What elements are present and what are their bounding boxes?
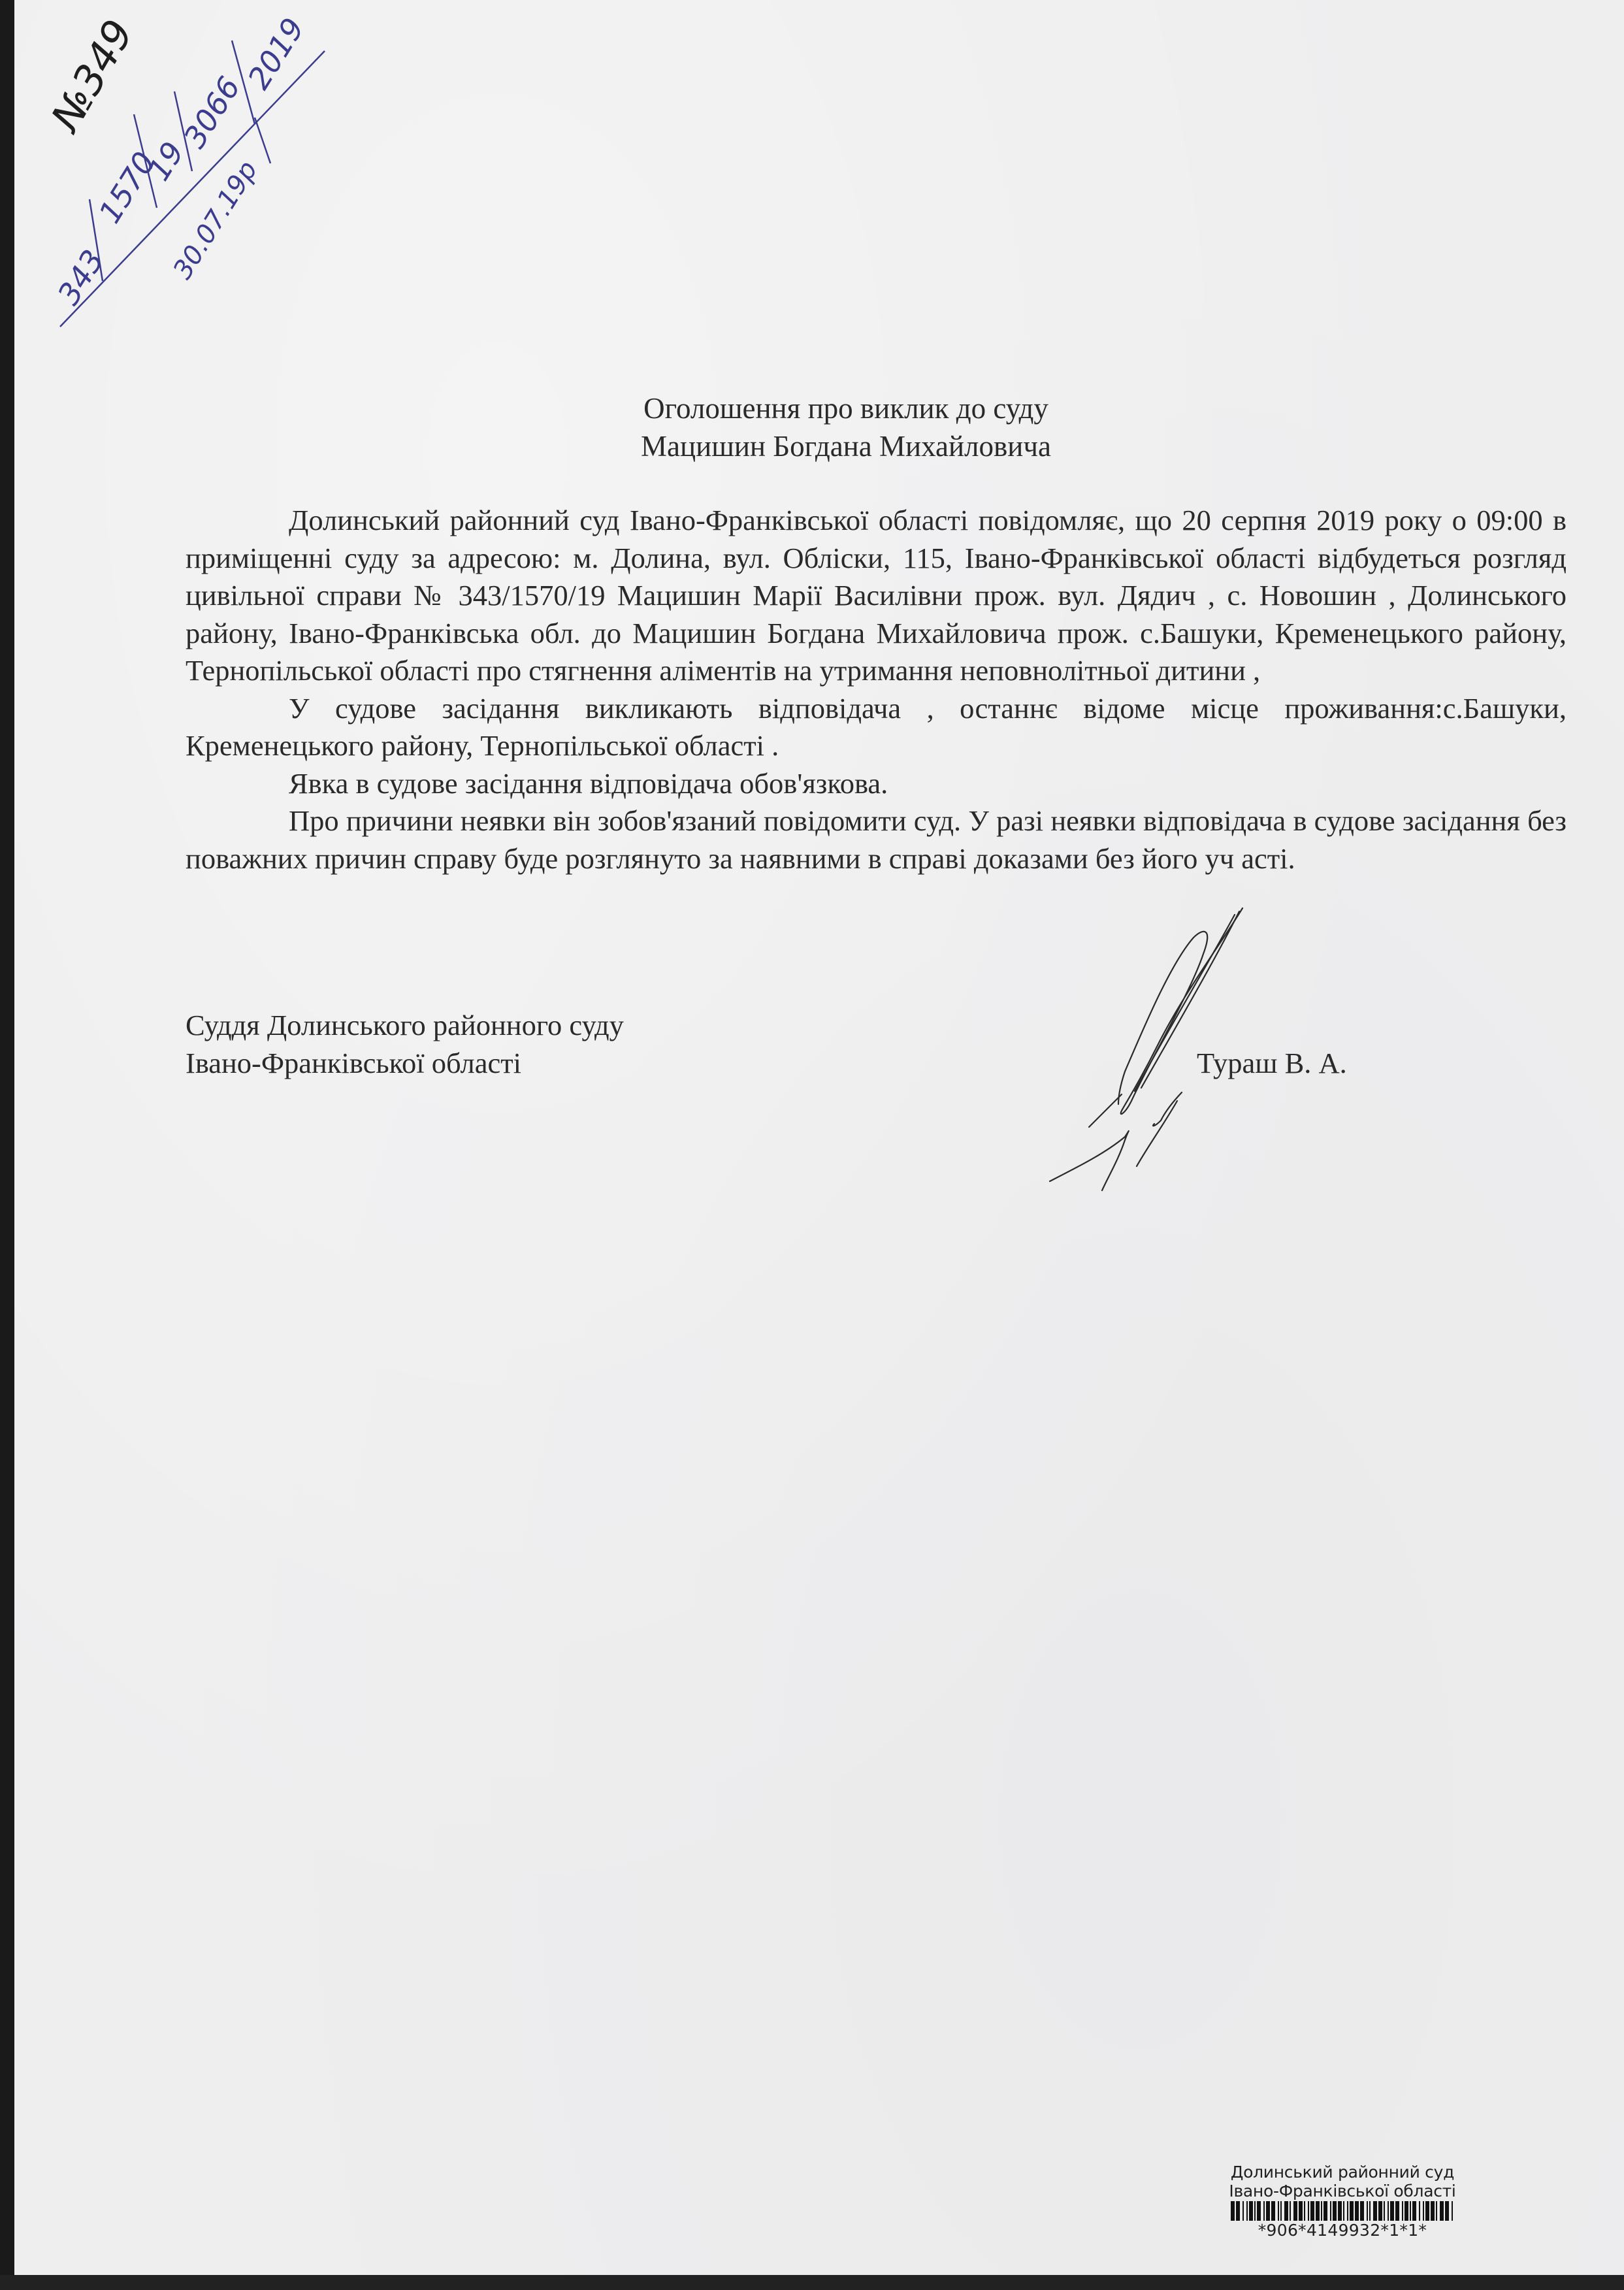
handwritten-registration-annotation: №349 343 1570 19 3066 2019 30.07.19р <box>14 0 374 392</box>
handwritten-signature <box>1027 902 1386 1202</box>
paragraph-attendance-mandatory: Явка в судове засідання відповідача обов… <box>186 765 1567 803</box>
paragraph-hearing-notice: Долинський районний суд Івано-Франківськ… <box>186 502 1567 690</box>
title-line-1: Оголошення про виклик до суду <box>14 389 1624 427</box>
court-barcode-stamp: Долинський районний суд Івано-Франківськ… <box>1114 2163 1571 2240</box>
title-line-2: Мацишин Богдана Михайловича <box>14 427 1624 465</box>
announcement-body: Долинський районний суд Івано-Франківськ… <box>186 502 1567 877</box>
scan-bottom-edge <box>0 2275 1624 2290</box>
judge-title-block: Суддя Долинського районного суду Івано-Ф… <box>186 1006 624 1082</box>
paragraph-defendant-summoned: У судове засідання викликають відповідач… <box>186 690 1567 765</box>
stamp-court-region: Івано-Франківської області <box>1114 2182 1571 2200</box>
paragraph-absence-consequences: Про причини неявки він зобов'язаний пові… <box>186 802 1567 877</box>
judge-title-line-1: Суддя Долинського районного суду <box>186 1006 624 1044</box>
svg-text:3066: 3066 <box>177 71 248 154</box>
announcement-title: Оголошення про виклик до суду Мацишин Бо… <box>14 389 1624 465</box>
judge-title-line-2: Івано-Франківської області <box>186 1044 624 1082</box>
handwritten-date: 30.07.19р <box>167 155 263 284</box>
svg-text:№349: №349 <box>41 12 142 140</box>
registration-number-handwriting: №349 <box>41 12 142 140</box>
svg-text:2019: 2019 <box>241 12 312 95</box>
stamp-court-name: Долинський районний суд <box>1114 2163 1571 2182</box>
barcode-icon <box>1114 2201 1571 2221</box>
barcode-number: *906*4149932*1*1* <box>1114 2221 1571 2240</box>
document-page: №349 343 1570 19 3066 2019 30.07.19р Ого… <box>14 0 1624 2275</box>
